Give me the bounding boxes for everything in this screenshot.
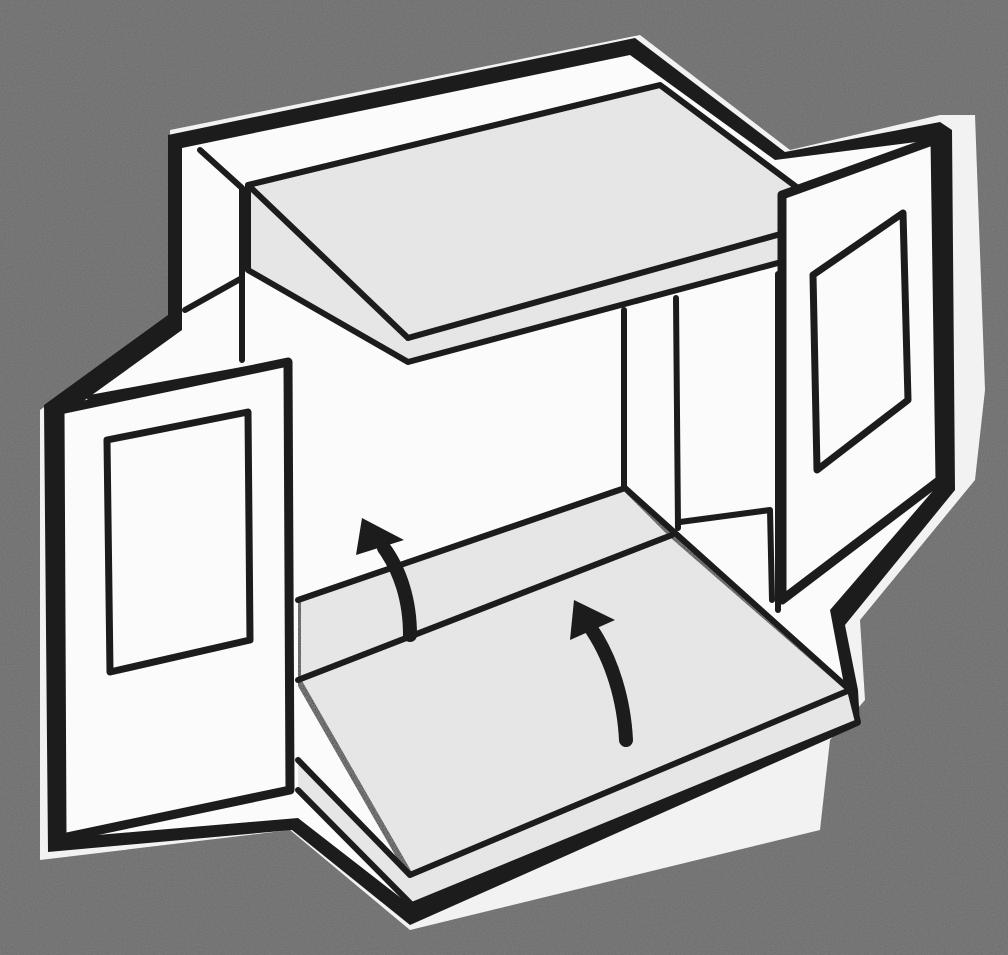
folding-booth-illustration (0, 0, 1008, 955)
left-door-window (107, 412, 250, 672)
interior-post-2 (676, 298, 678, 528)
illustration-canvas (0, 0, 1008, 955)
